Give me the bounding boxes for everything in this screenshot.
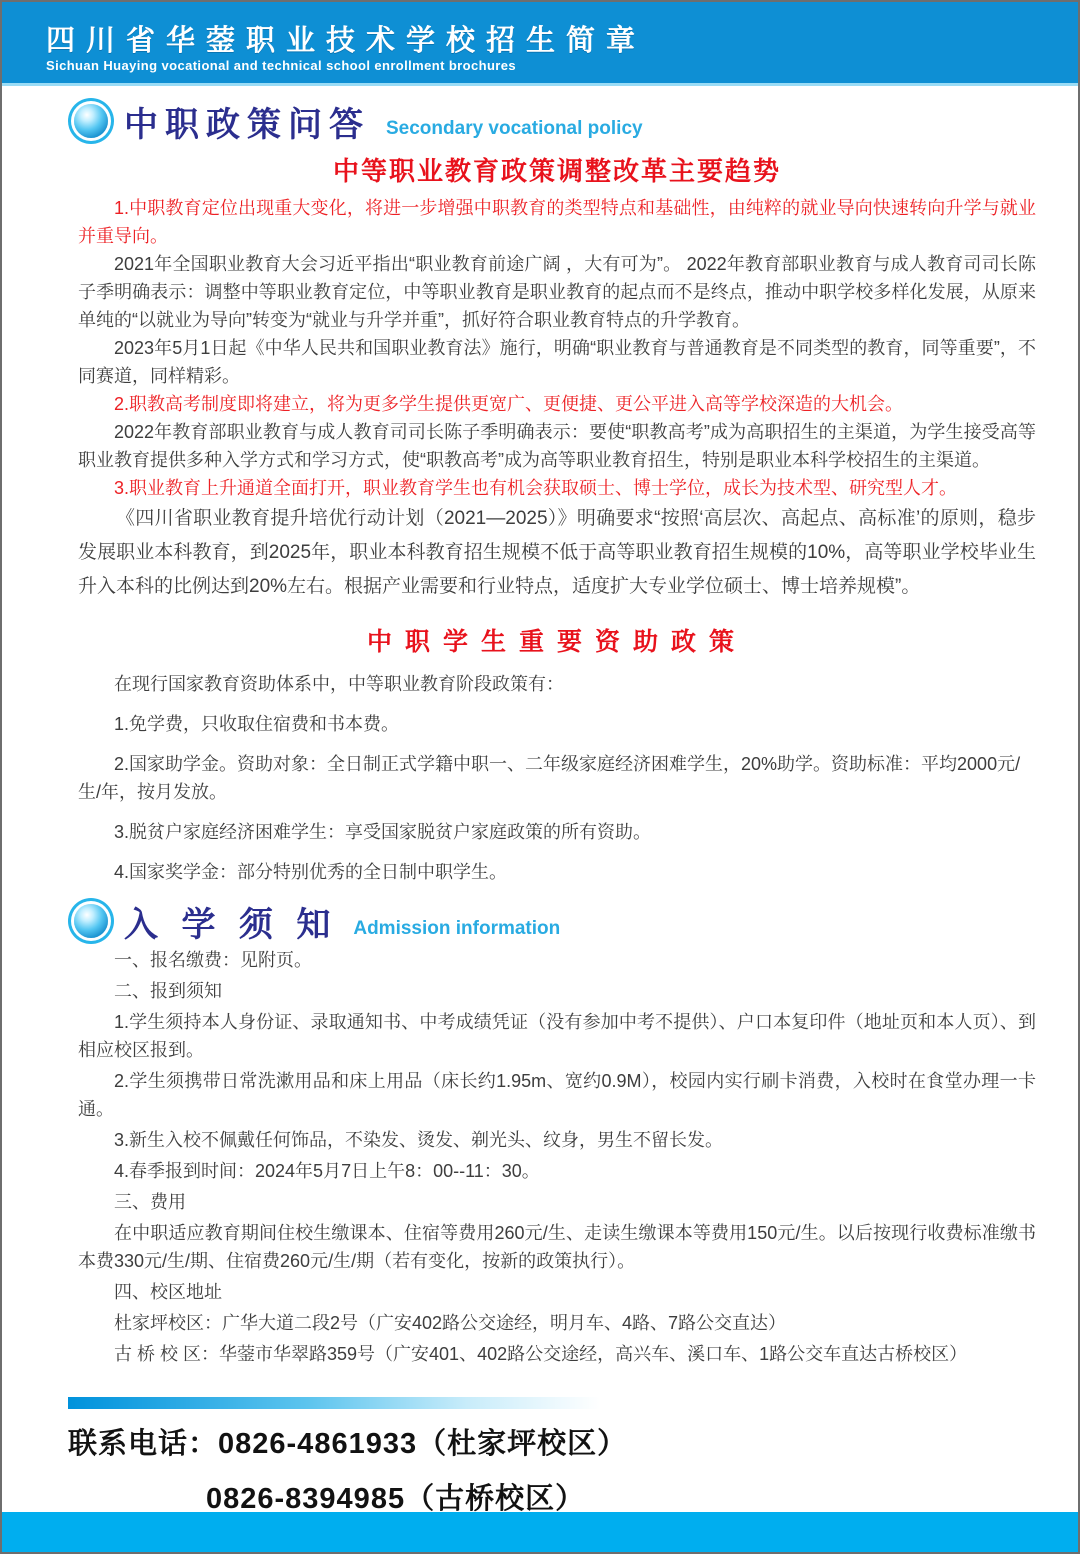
- admission-line: 一、报名缴费：见附页。: [78, 946, 1036, 974]
- policy-paragraph: 2023年5月1日起《中华人民共和国职业教育法》施行，明确“职业教育与普通教育是…: [78, 334, 1036, 390]
- aid-item: 3.脱贫户家庭经济困难学生：享受国家脱贫户家庭政策的所有资助。: [78, 818, 1036, 846]
- contact-phone-2: 0826-8394985（古桥校区）: [206, 1483, 585, 1515]
- contact-phone-line-1: 联系电话：0826-4861933（杜家坪校区）: [68, 1421, 1038, 1462]
- admission-line: 4.春季报到时间：2024年5月7日上午8：00--11：30。: [78, 1157, 1036, 1185]
- aid-item: 1.免学费，只收取住宿费和书本费。: [78, 710, 1036, 738]
- contact-block: 联系电话：0826-4861933（杜家坪校区） 0826-8394985（古桥…: [2, 1371, 1078, 1517]
- page-subtitle: Sichuan Huaying vocational and technical…: [46, 58, 1078, 73]
- section-admission-title: 入 学 须 知: [124, 897, 337, 946]
- policy-paragraph: 2022年教育部职业教育与成人教育司司长陈子季明确表示：要使“职教高考”成为高职…: [78, 418, 1036, 474]
- aid-item: 在现行国家教育资助体系中，中等职业教育阶段政策有：: [78, 670, 1036, 698]
- policy-paragraph: 1.中职教育定位出现重大变化，将进一步增强中职教育的类型特点和基础性，由纯粹的就…: [78, 194, 1036, 250]
- policy-paragraph: 2021年全国职业教育大会习近平指出“职业教育前途广阔 ，大有可为”。 2022…: [78, 250, 1036, 334]
- footer-blue-bar: [2, 1512, 1078, 1552]
- admission-line: 三、费用: [78, 1188, 1036, 1216]
- content-area: 中职政策问答 Secondary vocational policy 中等职业教…: [2, 99, 1078, 1368]
- admission-line: 3.新生入校不佩戴任何饰品，不染发、烫发、剃光头、纹身，男生不留长发。: [78, 1126, 1036, 1154]
- aid-item: 4.国家奖学金：部分特别优秀的全日制中职学生。: [78, 858, 1036, 886]
- admission-line: 在中职适应教育期间住校生缴课本、住宿等费用260元/生、走读生缴课本等费用150…: [78, 1219, 1036, 1275]
- contact-phone-1: 0826-4861933（杜家坪校区）: [218, 1428, 627, 1460]
- section-policy-header: 中职政策问答 Secondary vocational policy: [66, 99, 1036, 143]
- page-title: 四川省华蓥职业技术学校招生简章: [46, 26, 1078, 56]
- admission-line: 杜家坪校区：广华大道二段2号（广安402路公交途经，明月车、4路、7路公交直达）: [78, 1309, 1036, 1337]
- brochure-page: 四川省华蓥职业技术学校招生简章 Sichuan Huaying vocation…: [0, 0, 1080, 1554]
- glossy-sphere-icon: [74, 104, 108, 138]
- admission-line: 2.学生须携带日常洗漱用品和床上用品（床长约1.95m、宽约0.9M），校园内实…: [78, 1067, 1036, 1123]
- gradient-divider: [68, 1397, 600, 1409]
- admission-line: 古 桥 校 区：华蓥市华翠路359号（广安401、402路公交途经，高兴车、溪口…: [78, 1340, 1036, 1368]
- glossy-sphere-icon: [74, 904, 108, 938]
- aid-item: 2.国家助学金。资助对象：全日制正式学籍中职一、二年级家庭经济困难学生，20%助…: [78, 750, 1036, 806]
- section-admission-title-en: Admission information: [353, 918, 560, 943]
- policy-paragraph: 2.职教高考制度即将建立，将为更多学生提供更宽广、更便捷、更公平进入高等学校深造…: [78, 390, 1036, 418]
- policy-main-heading: 中等职业教育政策调整改革主要趋势: [78, 151, 1036, 188]
- policy-paragraph: 《四川省职业教育提升培优行动计划（2021—2025）》明确要求“按照‘高层次、…: [78, 502, 1036, 604]
- contact-label: 联系电话：: [68, 1428, 218, 1460]
- admission-line: 1.学生须持本人身份证、录取通知书、中考成绩凭证（没有参加中考不提供）、户口本复…: [78, 1008, 1036, 1064]
- aid-heading: 中职学生重要资助政策: [78, 622, 1036, 658]
- contact-phone-line-2: 0826-8394985（古桥校区）: [206, 1476, 1038, 1517]
- admission-line: 二、报到须知: [78, 977, 1036, 1005]
- section-admission-header: 入 学 须 知 Admission information: [66, 899, 1036, 943]
- admission-line: 四、校区地址: [78, 1278, 1036, 1306]
- page-header: 四川省华蓥职业技术学校招生简章 Sichuan Huaying vocation…: [2, 2, 1078, 86]
- policy-paragraph: 3.职业教育上升通道全面打开，职业教育学生也有机会获取硕士、博士学位，成长为技术…: [78, 474, 1036, 502]
- section-policy-title: 中职政策问答: [124, 97, 370, 146]
- section-policy-title-en: Secondary vocational policy: [386, 118, 643, 143]
